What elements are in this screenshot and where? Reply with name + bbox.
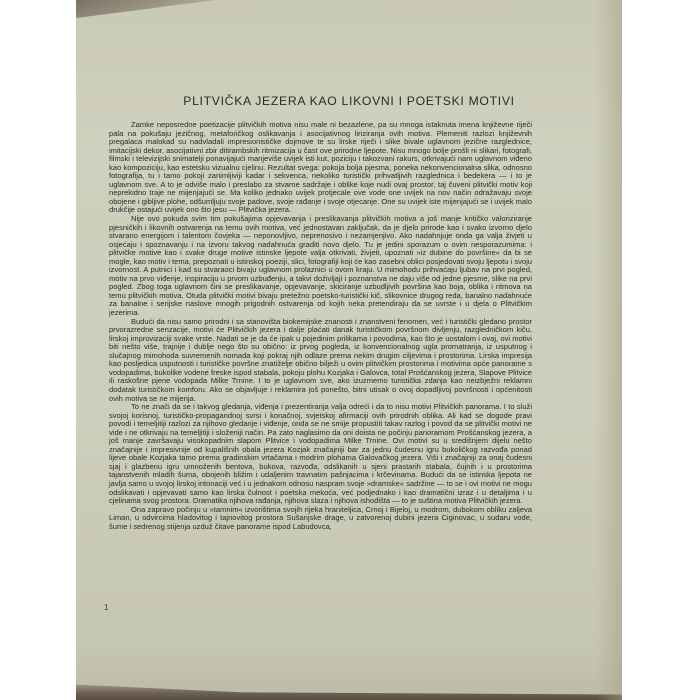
paragraph: Budući da nisu samo prirodni i sa stanov… xyxy=(109,318,532,403)
page-number: 1 xyxy=(104,603,108,612)
paragraph: Ona zapravo počinju u »tamnim« izvorišti… xyxy=(109,506,532,532)
book-page: PLITVIČKA JEZERA KAO LIKOVNI I POETSKI M… xyxy=(76,0,622,700)
page-shadow-top xyxy=(76,0,216,18)
paragraph: To ne znači da se i takvog gledanja, viđ… xyxy=(109,403,532,506)
paragraph: Zamke neposredne poetizacije plitvičkih … xyxy=(109,121,532,215)
paragraph: Nije ovo pokuda svim tim pokušajima opje… xyxy=(109,215,532,318)
chapter-title: PLITVIČKA JEZERA KAO LIKOVNI I POETSKI M… xyxy=(76,94,622,108)
page-shadow-bottom xyxy=(76,678,622,700)
body-text: Zamke neposredne poetizacije plitvičkih … xyxy=(109,121,532,531)
